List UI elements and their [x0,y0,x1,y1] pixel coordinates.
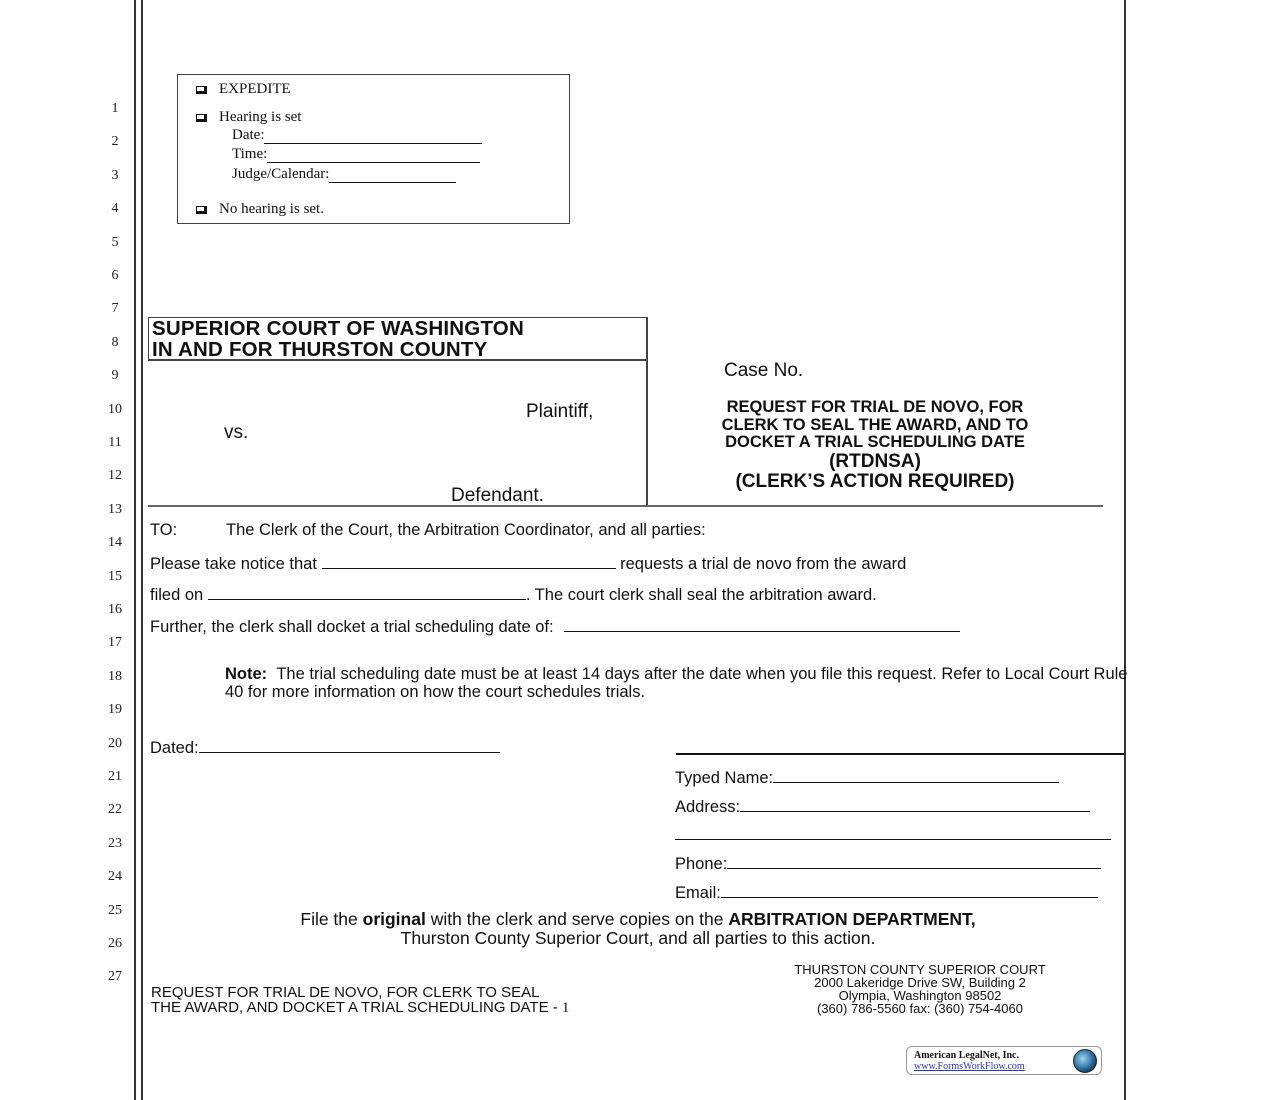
filing-text: File the [300,909,362,929]
to-text: The Clerk of the Court, the Arbitration … [226,521,706,539]
title-code: (RTDNSA) [650,452,1100,472]
title-line: DOCKET A TRIAL SCHEDULING DATE [650,434,1100,452]
title-action: (CLERK’S ACTION REQUIRED) [650,472,1100,492]
line-number: 4 [100,201,130,217]
hearing-time-field[interactable]: Time: [232,146,480,163]
docket-text: Further, the clerk shall docket a trial … [150,618,554,636]
line-number: 20 [100,736,130,752]
dated-blank[interactable] [199,737,500,753]
american-legalnet-logo[interactable]: American LegalNet, Inc. www.FormsWorkFlo… [906,1046,1102,1075]
signature-line[interactable] [676,753,1124,755]
phone-blank[interactable] [727,853,1101,869]
line-number: 26 [100,936,130,952]
hearing-date-field[interactable]: Date: [232,127,482,144]
expedite-label: EXPEDITE [219,81,291,98]
footer-title-line1: REQUEST FOR TRIAL DE NOVO, FOR CLERK TO … [151,985,569,1000]
line-number: 22 [100,802,130,818]
caption-bottom-rule [148,505,1103,507]
checkbox-icon[interactable] [196,86,207,94]
line-number: 17 [100,635,130,651]
address-field[interactable]: Address: [675,796,1090,817]
expedite-option[interactable]: EXPEDITE [196,81,291,98]
line-number: 18 [100,669,130,685]
date-label: Date: [232,127,264,143]
line-number: 5 [100,235,130,251]
vs-label: vs. [224,422,248,444]
document-title: REQUEST FOR TRIAL DE NOVO, FOR CLERK TO … [650,399,1100,492]
line-number: 19 [100,702,130,718]
line-number: 7 [100,301,130,317]
note-paragraph: Note: The trial scheduling date must be … [225,666,1130,701]
court-name-box: SUPERIOR COURT OF WASHINGTON IN AND FOR … [148,317,648,361]
to-line: TO:The Clerk of the Court, the Arbitrati… [150,521,706,540]
line-number: 23 [100,836,130,852]
footer-title-line2: THE AWARD, AND DOCKET A TRIAL SCHEDULING… [151,999,562,1016]
filed-suffix: . The court clerk shall seal the arbitra… [526,586,877,604]
email-label: Email: [675,884,721,902]
no-hearing-option[interactable]: No hearing is set. [196,201,324,218]
globe-icon [1073,1049,1097,1073]
filing-arbitration-dept: ARBITRATION DEPARTMENT, [728,909,975,929]
address-blank[interactable] [740,796,1090,812]
left-margin-rule-outer [134,0,136,1100]
address-line2-blank[interactable] [675,824,1111,840]
hearing-set-label: Hearing is set [219,109,301,126]
filed-prefix: filed on [150,586,203,604]
caption-vertical-divider [646,317,648,505]
case-number-label: Case No. [724,360,803,382]
court-name-line2: IN AND FOR THURSTON COUNTY [149,339,647,360]
checkbox-icon[interactable] [196,114,207,122]
line-number: 1 [100,101,130,117]
notice-line: Please take notice that requests a trial… [150,553,906,574]
award-filed-date-blank[interactable] [208,584,526,600]
judge-calendar-blank[interactable] [329,168,456,183]
line-number: 16 [100,602,130,618]
filing-line2: Thurston County Superior Court, and all … [148,929,1128,948]
page-number: 1 [562,1000,570,1016]
caption-divider [148,359,648,361]
time-blank[interactable] [267,148,480,163]
typed-name-field[interactable]: Typed Name: [675,767,1059,788]
hearing-judge-field[interactable]: Judge/Calendar: [232,166,456,183]
typed-name-label: Typed Name: [675,769,773,787]
checkbox-icon[interactable] [196,206,207,214]
title-line: REQUEST FOR TRIAL DE NOVO, FOR [650,399,1100,417]
email-blank[interactable] [721,882,1098,898]
judge-calendar-label: Judge/Calendar: [232,166,329,182]
filing-text: with the clerk and serve copies on the [426,909,729,929]
trial-scheduling-date-blank[interactable] [564,616,960,632]
line-number: 25 [100,903,130,919]
hearing-set-option[interactable]: Hearing is set [196,109,301,126]
to-label: TO: [150,521,226,540]
title-line: CLERK TO SEAL THE AWARD, AND TO [650,417,1100,435]
docket-line: Further, the clerk shall docket a trial … [150,616,960,637]
note-text: The trial scheduling date must be at lea… [225,665,1128,701]
filed-on-line: filed on . The court clerk shall seal th… [150,584,877,605]
line-number: 2 [100,134,130,150]
typed-name-blank[interactable] [773,767,1059,783]
left-margin-rule-inner [141,0,143,1100]
filing-original: original [363,909,426,929]
email-field[interactable]: Email: [675,882,1098,903]
note-label: Note: [225,665,267,683]
defendant-label: Defendant. [451,485,544,507]
line-number: 10 [100,402,130,418]
phone-field[interactable]: Phone: [675,853,1101,874]
line-number: 14 [100,535,130,551]
line-number: 15 [100,569,130,585]
filing-instructions: File the original with the clerk and ser… [148,910,1128,948]
footer-form-title: REQUEST FOR TRIAL DE NOVO, FOR CLERK TO … [151,985,569,1016]
address-line2-field[interactable] [675,824,1111,845]
no-hearing-label: No hearing is set. [219,201,324,218]
line-number: 24 [100,869,130,885]
phone-label: Phone: [675,855,727,873]
line-number: 6 [100,268,130,284]
notice-prefix: Please take notice that [150,555,317,573]
time-label: Time: [232,146,267,162]
line-number: 27 [100,969,130,985]
hearing-status-box: EXPEDITE Hearing is set Date: Time: Judg… [177,74,570,224]
line-number: 3 [100,168,130,184]
footer-court-address: THURSTON COUNTY SUPERIOR COURT 2000 Lake… [752,963,1088,1015]
court-name-line1: SUPERIOR COURT OF WASHINGTON [149,318,647,339]
plaintiff-label: Plaintiff, [526,401,593,423]
address-label: Address: [675,798,740,816]
dated-field[interactable]: Dated: [150,737,500,758]
logo-url-link[interactable]: www.FormsWorkFlow.com [914,1061,1025,1072]
logo-name: American LegalNet, Inc. [914,1050,1019,1061]
notice-suffix: requests a trial de novo from the award [620,555,906,573]
line-number: 8 [100,335,130,351]
line-number: 21 [100,769,130,785]
requesting-party-blank[interactable] [322,553,616,569]
line-number: 12 [100,468,130,484]
footer-phones: (360) 786-5560 fax: (360) 754-4060 [752,1002,1088,1015]
line-number: 13 [100,502,130,518]
line-number: 9 [100,368,130,384]
date-blank[interactable] [264,129,482,144]
dated-label: Dated: [150,739,199,757]
line-number: 11 [100,435,130,451]
